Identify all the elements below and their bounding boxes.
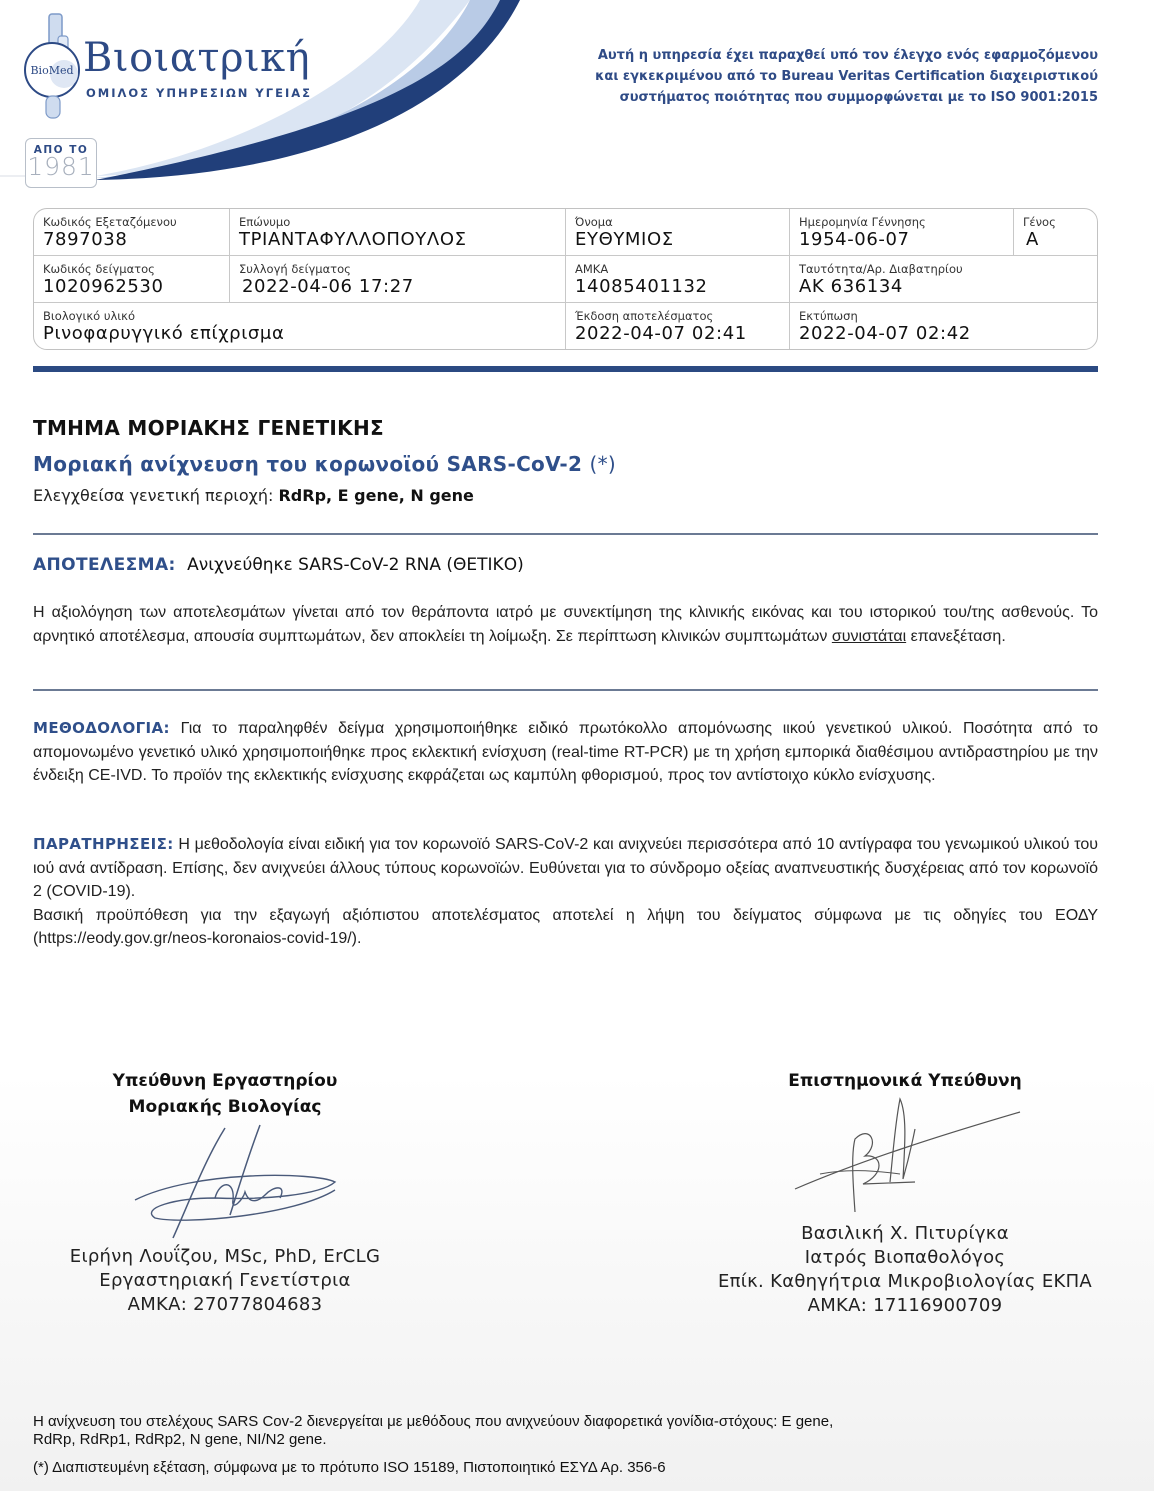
sample-code-value: 1020962530 [43, 276, 229, 298]
print-date-value: 2022-04-07 02:42 [799, 323, 1097, 345]
result-issue-cell: Έκδοση αποτελέσματος 2022-04-07 02:41 [566, 303, 790, 349]
field-label: Συλλογή δείγματος [239, 262, 565, 276]
patient-info-row: Βιολογικό υλικό Ρινοφαρυγγικό επίχρισμα … [34, 303, 1097, 349]
signature-title: Επιστημονικά Υπεύθυνη [680, 1068, 1130, 1094]
birth-date-value: 1954-06-07 [799, 229, 1013, 251]
evaluation-underlined-text: συνιστάται [832, 628, 906, 645]
footer-note-line: RdRp, RdRp1, RdRp2, N gene, NI/N2 gene. [33, 1431, 833, 1449]
evaluation-paragraph: Η αξιολόγηση των αποτελεσμάτων γίνεται α… [33, 601, 1098, 648]
divider-line [33, 533, 1098, 535]
field-label: Κωδικός δείγματος [43, 262, 229, 276]
gender-cell: Γένος Α [1014, 209, 1097, 255]
logo-name: Βιοιατρική [83, 38, 310, 78]
print-date-cell: Εκτύπωση 2022-04-07 02:42 [790, 303, 1097, 349]
field-label: Βιολογικό υλικό [43, 309, 565, 323]
section-divider-bar [33, 366, 1098, 372]
divider-line [33, 689, 1098, 691]
since-year: 1981 [26, 156, 96, 178]
signature-title: Μοριακής Βιολογίας [45, 1094, 405, 1120]
field-label: ΑΜΚΑ [575, 262, 789, 276]
remarks-label: ΠΑΡΑΤΗΡΗΣΕΙΣ: [33, 835, 174, 853]
patient-info-table: Κωδικός Εξεταζόμενου 7897038 Επώνυμο ΤΡΙ… [33, 208, 1098, 350]
biological-material-value: Ρινοφαρυγγικό επίχρισμα [43, 323, 565, 345]
result-issue-value: 2022-04-07 02:41 [575, 323, 789, 345]
patient-info-row: Κωδικός Εξεταζόμενου 7897038 Επώνυμο ΤΡΙ… [34, 209, 1097, 256]
footer-note-line: Η ανίχνευση του στελέχους SARS Cov-2 διε… [33, 1413, 833, 1431]
certification-line: Αυτή η υπηρεσία έχει παραχθεί υπό τον έλ… [578, 45, 1098, 66]
patient-code-cell: Κωδικός Εξεταζόμενου 7897038 [34, 209, 230, 255]
logo-badge-text: BioMed [30, 64, 73, 77]
accreditation-note: (*) Διαπιστευμένη εξέταση, σύμφωνα με το… [33, 1459, 666, 1477]
surname-cell: Επώνυμο ΤΡΙΑΝΤΑΦΥΛΛΟΠΟΥΛΟΣ [230, 209, 566, 255]
patient-info-row: Κωδικός δείγματος 1020962530 Συλλογή δεί… [34, 256, 1097, 303]
remarks-text: Η μεθοδολογία είναι ειδική για τον κορων… [33, 836, 1098, 900]
test-title: Μοριακή ανίχνευση του κορωνοϊού SARS-CoV… [33, 452, 616, 476]
field-label: Έκδοση αποτελέσματος [575, 309, 789, 323]
signatory-role: Εργαστηριακή Γενετίστρια [45, 1269, 405, 1293]
first-name-value: ΕΥΘΥΜΙΟΣ [575, 229, 789, 251]
evaluation-text: επανεξέταση. [906, 628, 1006, 645]
result-line: ΑΠΟΤΕΛΕΣΜΑ: Ανιχνεύθηκε SARS-CoV-2 RNA (… [33, 555, 524, 575]
field-label: Ταυτότητα/Αρ. Διαβατηρίου [799, 262, 1097, 276]
certification-line: συστήματος ποιότητας που συμμορφώνεται μ… [578, 87, 1098, 108]
remarks-text-eody: Βασική προϋπόθεση για την εξαγωγή αξιόπι… [33, 907, 1098, 948]
gene-region-label: Ελεγχθείσα γενετική περιοχή: [33, 486, 273, 505]
gene-region-line: Ελεγχθείσα γενετική περιοχή: RdRp, E gen… [33, 486, 474, 505]
field-label: Επώνυμο [239, 215, 565, 229]
handwritten-signature-right [775, 1094, 1035, 1222]
sample-collection-cell: Συλλογή δείγματος 2022-04-06 17:27 [230, 256, 566, 302]
remarks-paragraph: ΠΑΡΑΤΗΡΗΣΕΙΣ: Η μεθοδολογία είναι ειδική… [33, 833, 1098, 951]
sample-code-cell: Κωδικός δείγματος 1020962530 [34, 256, 230, 302]
signatory-position: Επίκ. Καθηγήτρια Μικροβιολογίας ΕΚΠΑ [680, 1270, 1130, 1294]
signatory-name: Ειρήνη Λουΐζου, MSc, PhD, ErCLG [45, 1245, 405, 1269]
patient-code-value: 7897038 [43, 229, 229, 251]
test-title-text: Μοριακή ανίχνευση του κορωνοϊού SARS-CoV… [33, 452, 582, 476]
field-label: Κωδικός Εξεταζόμενου [43, 215, 229, 229]
gene-region-value: RdRp, E gene, N gene [278, 486, 473, 505]
methodology-label: ΜΕΘΟΔΟΛΟΓΙΑ: [33, 719, 170, 737]
handwritten-signature-left [95, 1120, 355, 1245]
sample-collection-value: 2022-04-06 17:27 [239, 276, 565, 298]
result-value: Ανιχνεύθηκε SARS-CoV-2 RNA (ΘΕΤΙΚΟ) [187, 555, 524, 575]
certification-statement: Αυτή η υπηρεσία έχει παραχθεί υπό τον έλ… [578, 45, 1098, 108]
signatory-amka: ΑΜΚΑ: 17116900709 [680, 1294, 1130, 1318]
footer-note: Η ανίχνευση του στελέχους SARS Cov-2 διε… [33, 1413, 833, 1449]
signature-title: Υπεύθυνη Εργαστηρίου [45, 1068, 405, 1094]
methodology-paragraph: ΜΕΘΟΔΟΛΟΓΙΑ: Για το παραληφθέν δείγμα χρ… [33, 717, 1098, 788]
id-passport-cell: Ταυτότητα/Αρ. Διαβατηρίου AK 636134 [790, 256, 1097, 302]
accredited-marker: (*) [590, 452, 617, 476]
biomed-flask-logo-icon: BioMed [22, 12, 92, 122]
right-signature-block: Επιστημονικά Υπεύθυνη Βασιλική Χ. Πιτυρί… [680, 1068, 1130, 1318]
signatory-amka: ΑΜΚΑ: 27077804683 [45, 1293, 405, 1317]
field-label: Γένος [1023, 215, 1097, 229]
birth-date-cell: Ημερομηνία Γέννησης 1954-06-07 [790, 209, 1014, 255]
certification-line: και εγκεκριμένου από το Bureau Veritas C… [578, 66, 1098, 87]
biological-material-cell: Βιολογικό υλικό Ρινοφαρυγγικό επίχρισμα [34, 303, 566, 349]
amka-value: 14085401132 [575, 276, 789, 298]
surname-value: ΤΡΙΑΝΤΑΦΥΛΛΟΠΟΥΛΟΣ [239, 229, 565, 251]
first-name-cell: Όνομα ΕΥΘΥΜΙΟΣ [566, 209, 790, 255]
gender-value: Α [1023, 229, 1097, 251]
field-label: Ημερομηνία Γέννησης [799, 215, 1013, 229]
result-label: ΑΠΟΤΕΛΕΣΜΑ: [33, 555, 176, 575]
department-title: ΤΜΗΜΑ ΜΟΡΙΑΚΗΣ ΓΕΝΕΤΙΚΗΣ [33, 416, 384, 440]
signatory-name: Βασιλική Χ. Πιτυρίγκα [680, 1222, 1130, 1246]
left-signature-block: Υπεύθυνη Εργαστηρίου Μοριακής Βιολογίας … [45, 1068, 405, 1317]
signatory-role: Ιατρός Βιοπαθολόγος [680, 1246, 1130, 1270]
field-label: Όνομα [575, 215, 789, 229]
id-passport-value: AK 636134 [799, 276, 1097, 298]
amka-cell: ΑΜΚΑ 14085401132 [566, 256, 790, 302]
methodology-text: Για το παραληφθέν δείγμα χρησιμοποιήθηκε… [33, 720, 1098, 784]
field-label: Εκτύπωση [799, 309, 1097, 323]
logo-subtitle: ΟΜΙΛΟΣ ΥΠΗΡΕΣΙΩΝ ΥΓΕΙΑΣ [86, 86, 312, 100]
since-1981-badge: ΑΠΟ ΤΟ 1981 [25, 138, 97, 188]
